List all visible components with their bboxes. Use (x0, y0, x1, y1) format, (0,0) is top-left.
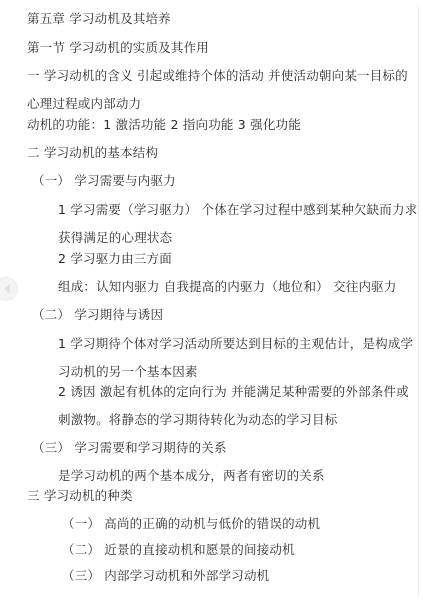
text-line: （二） 学习期待与诱因 (32, 307, 163, 323)
text-line: 2 诱因 激起有机体的定向行为 并能满足某种需要的外部条件或 (58, 384, 409, 400)
text-line: （一） 高尚的正确的动机与低价的错误的动机 (62, 516, 320, 532)
text-line: 动机的功能：1 激活功能 2 指向功能 3 强化功能 (27, 117, 301, 133)
text-line: 第五章 学习动机及其培养 (27, 11, 171, 27)
text-line: （三） 学习需要和学习期待的关系 (32, 440, 227, 456)
text-line: 刺激物。将静态的学习期待转化为动态的学习目标 (58, 412, 337, 428)
text-line: 获得满足的心理状态 (58, 230, 172, 246)
text-line: 1 学习期待个体对学习活动所要达到目标的主观估计，是构成学 (58, 336, 413, 352)
text-line: （三） 内部学习动机和外部学习动机 (62, 568, 269, 584)
text-line: 第一节 学习动机的实质及其作用 (27, 40, 209, 56)
text-line: 1 学习需要（学习驱力） 个体在学习过程中感到某种欠缺而力求 (58, 202, 417, 218)
text-line: （二） 近景的直接动机和愿景的间接动机 (62, 542, 295, 558)
text-line: 是学习动机的两个基本成分，两者有密切的关系 (58, 468, 325, 484)
page-edge-divider (418, 6, 419, 596)
text-line: （一） 学习需要与内驱力 (32, 173, 176, 189)
text-line: 二 学习动机的基本结构 (27, 145, 158, 161)
text-line: 2 学习驱力由三方面 (58, 251, 172, 267)
text-line: 一 学习动机的含义 引起或维持个体的活动 并使活动朝向某一目标的 (27, 68, 408, 84)
text-line: 习动机的另一个基本因素 (58, 364, 198, 380)
text-line: 三 学习动机的种类 (27, 488, 133, 504)
text-line: 组成：认知内驱力 自我提高的内驱力（地位和） 交往内驱力 (58, 279, 397, 295)
document-page: 第五章 学习动机及其培养第一节 学习动机的实质及其作用一 学习动机的含义 引起或… (0, 0, 418, 600)
text-line: 心理过程或内部动力 (27, 96, 141, 112)
